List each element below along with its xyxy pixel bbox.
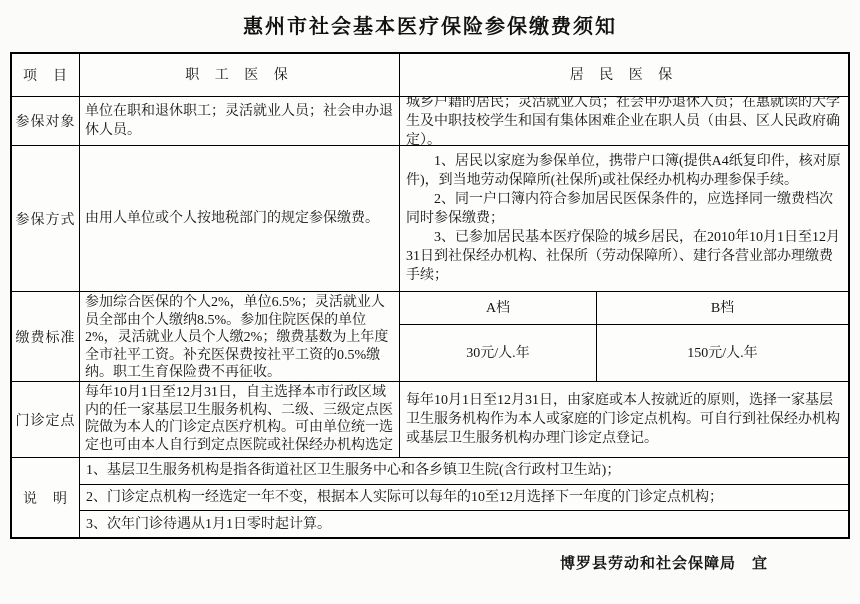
- row-method-label: 参保方式: [12, 146, 80, 291]
- row-notes-label: 说 明: [12, 458, 80, 537]
- header-cell-employee: 职 工 医 保: [80, 54, 400, 96]
- row-method-employee: 由用人单位或个人按地税部门的规定参保缴费。: [80, 146, 400, 291]
- method-resident-item: 3、已参加居民基本医疗保险的城乡居民，在2010年10月1日至12月31日到社保…: [406, 228, 842, 285]
- header-cell-item: 项 目: [12, 54, 80, 96]
- row-notes-body: 1、基层卫生服务机构是指各街道社区卫生服务中心和各乡镇卫生院(含行政村卫生站)；…: [80, 458, 848, 537]
- footer-signature: 博罗县劳动和社会保障局 宜: [560, 552, 768, 573]
- row-target-employee: 单位在职和退休职工；灵活就业人员；社会申办退休人员。: [80, 97, 400, 145]
- row-standard-label: 缴费标准: [12, 292, 80, 381]
- tier-value-row: 30元/人.年 150元/人.年: [400, 325, 848, 381]
- row-target-resident: 城乡户籍的居民；灵活就业人员；社会申办退休人员；在惠就读的大学生及中职技校学生和…: [400, 97, 848, 145]
- row-standard-resident-subtable: A档 B档 30元/人.年 150元/人.年: [400, 292, 848, 381]
- insurance-table: 项 目 职 工 医 保 居 民 医 保 参保对象 单位在职和退休职工；灵活就业人…: [10, 52, 850, 539]
- row-method: 参保方式 由用人单位或个人按地税部门的规定参保缴费。 1、居民以家庭为参保单位，…: [12, 146, 848, 292]
- note-item: 1、基层卫生服务机构是指各街道社区卫生服务中心和各乡镇卫生院(含行政村卫生站)；: [80, 458, 848, 485]
- document-page: 惠州市社会基本医疗保险参保缴费须知 项 目 职 工 医 保 居 民 医 保 参保…: [0, 0, 860, 604]
- tier-header-row: A档 B档: [400, 292, 848, 325]
- table-header-row: 项 目 职 工 医 保 居 民 医 保: [12, 54, 848, 97]
- row-target: 参保对象 单位在职和退休职工；灵活就业人员；社会申办退休人员。 城乡户籍的居民；…: [12, 97, 848, 146]
- note-item: 2、门诊定点机构一经选定一年不变，根据本人实际可以每年的10至12月选择下一年度…: [80, 485, 848, 512]
- row-standard-employee: 参加综合医保的个人2%，单位6.5%；灵活就业人员全部由个人缴纳8.5%。参加住…: [80, 292, 400, 381]
- row-method-resident: 1、居民以家庭为参保单位，携带户口簿(提供A4纸复印件，核对原件)，到当地劳动保…: [400, 146, 848, 291]
- row-clinic-employee: 每年10月1日至12月31日，自主选择本市行政区域内的任一家基层卫生服务机构、二…: [80, 382, 400, 457]
- row-target-label: 参保对象: [12, 97, 80, 145]
- method-resident-item: 1、居民以家庭为参保单位，携带户口簿(提供A4纸复印件，核对原件)，到当地劳动保…: [406, 152, 842, 190]
- row-clinic: 门诊定点 每年10月1日至12月31日，自主选择本市行政区域内的任一家基层卫生服…: [12, 382, 848, 458]
- row-clinic-label: 门诊定点: [12, 382, 80, 457]
- row-notes: 说 明 1、基层卫生服务机构是指各街道社区卫生服务中心和各乡镇卫生院(含行政村卫…: [12, 458, 848, 537]
- row-standard: 缴费标准 参加综合医保的个人2%，单位6.5%；灵活就业人员全部由个人缴纳8.5…: [12, 292, 848, 382]
- document-title: 惠州市社会基本医疗保险参保缴费须知: [0, 10, 860, 39]
- header-cell-resident: 居 民 医 保: [400, 54, 848, 96]
- tier-b-value: 150元/人.年: [597, 325, 848, 381]
- tier-a-header: A档: [400, 292, 597, 324]
- tier-a-value: 30元/人.年: [400, 325, 597, 381]
- note-item: 3、次年门诊待遇从1月1日零时起计算。: [80, 511, 848, 537]
- row-clinic-resident: 每年10月1日至12月31日，由家庭或本人按就近的原则，选择一家基层卫生服务机构…: [400, 382, 848, 457]
- method-resident-item: 2、同一户口簿内符合参加居民医保条件的，应选择同一缴费档次同时参保缴费；: [406, 190, 842, 228]
- tier-b-header: B档: [597, 292, 848, 324]
